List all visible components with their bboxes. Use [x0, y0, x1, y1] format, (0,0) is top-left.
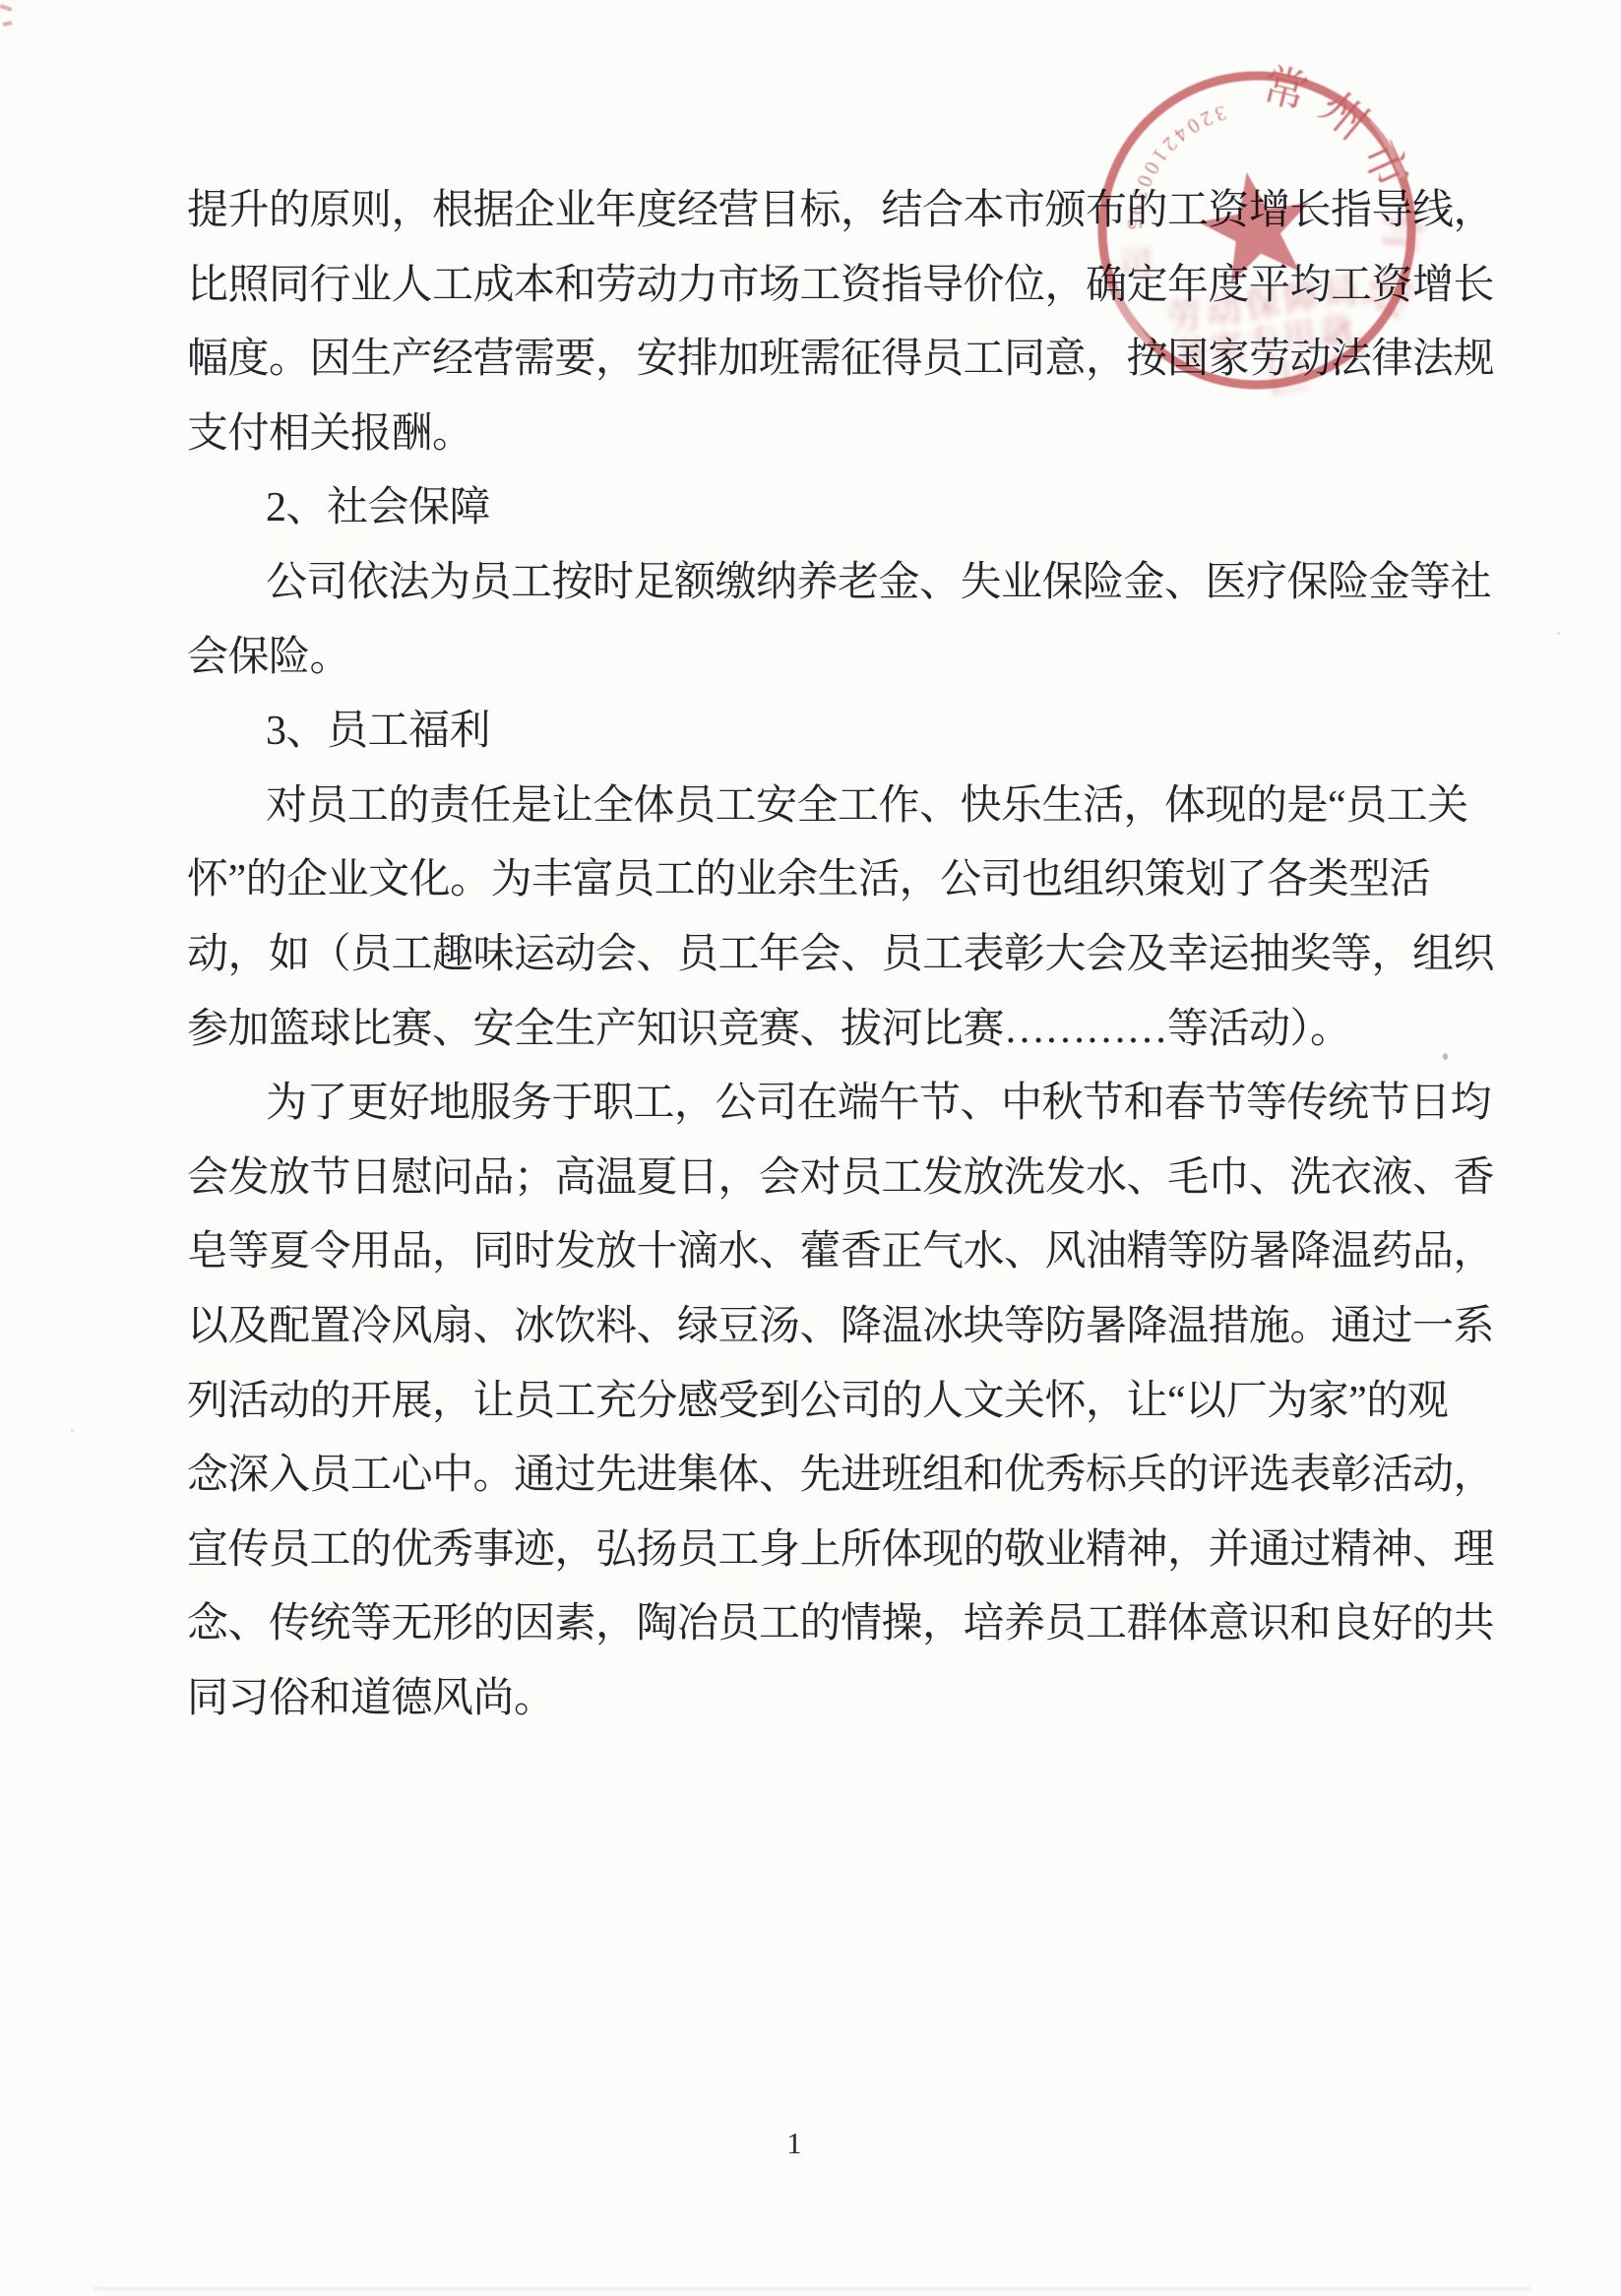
- text-line: 怀”的企业文化。为丰富员工的业余生活，公司也组织策划了各类型活: [187, 843, 1494, 918]
- text-line: 念深入员工心中。通过先进集体、先进班组和优秀标兵的评选表彰活动，: [187, 1439, 1494, 1514]
- scan-speck: [71, 1429, 74, 1432]
- text-line: 为了更好地服务于职工，公司在端午节、中秋节和春节等传统节日均: [187, 1067, 1494, 1142]
- text-line: 同习俗和道德风尚。: [187, 1662, 1494, 1737]
- text-line: 幅度。因生产经营需要，安排加班需征得员工同意，按国家劳动法律法规: [187, 323, 1494, 398]
- scan-corner-mark: [0, 4, 12, 12]
- text-line: 提升的原则，根据企业年度经营目标，结合本市颁布的工资增长指导线，: [187, 174, 1494, 249]
- text-line: 列活动的开展，让员工充分感受到公司的人文关怀，让“以厂为家”的观: [187, 1365, 1494, 1440]
- text-line: 比照同行业人工成本和劳动力市场工资指导价位，确定年度平均工资增长: [187, 249, 1494, 324]
- document-page: 提升的原则，根据企业年度经营目标，结合本市颁布的工资增长指导线， 比照同行业人工…: [0, 0, 1621, 2296]
- scan-edge-smudge: [94, 2287, 1530, 2290]
- page-number: 1: [768, 2126, 821, 2161]
- scan-speck: [325, 1256, 328, 1259]
- text-line-heading: 2、社会保障: [187, 471, 1494, 546]
- text-line: 以及配置冷风扇、冰饮料、绿豆汤、降温冰块等防暑降温措施。通过一系: [187, 1290, 1494, 1365]
- text-line: 支付相关报酬。: [187, 398, 1494, 472]
- text-line: 宣传员工的优秀事迹，弘扬员工身上所体现的敬业精神，并通过精神、理: [187, 1514, 1494, 1588]
- scan-corner-mark: [3, 21, 13, 27]
- text-line: 动，如（员工趣味运动会、员工年会、员工表彰大会及幸运抽奖等，组织: [187, 918, 1494, 993]
- scan-speck: [1557, 632, 1560, 635]
- text-line-heading: 3、员工福利: [187, 695, 1494, 770]
- text-line: 会发放节日慰问品；高温夏日，会对员工发放洗发水、毛巾、洗衣液、香: [187, 1142, 1494, 1216]
- scan-speck: [1443, 1053, 1448, 1060]
- text-line: 念、传统等无形的因素，陶冶员工的情操，培养员工群体意识和良好的共: [187, 1587, 1494, 1662]
- seal-ring-wear: [1373, 118, 1403, 177]
- document-body: 提升的原则，根据企业年度经营目标，结合本市颁布的工资增长指导线， 比照同行业人工…: [187, 174, 1494, 1736]
- text-line: 对员工的责任是让全体员工安全工作、快乐生活，体现的是“员工关: [187, 770, 1494, 844]
- text-line: 会保险。: [187, 621, 1494, 696]
- text-line: 参加篮球比赛、安全生产知识竞赛、拔河比赛…………等活动）。: [187, 993, 1494, 1068]
- text-line: 皂等夏令用品，同时发放十滴水、藿香正气水、风油精等防暑降温药品，: [187, 1215, 1494, 1290]
- text-line: 公司依法为员工按时足额缴纳养老金、失业保险金、医疗保险金等社: [187, 546, 1494, 621]
